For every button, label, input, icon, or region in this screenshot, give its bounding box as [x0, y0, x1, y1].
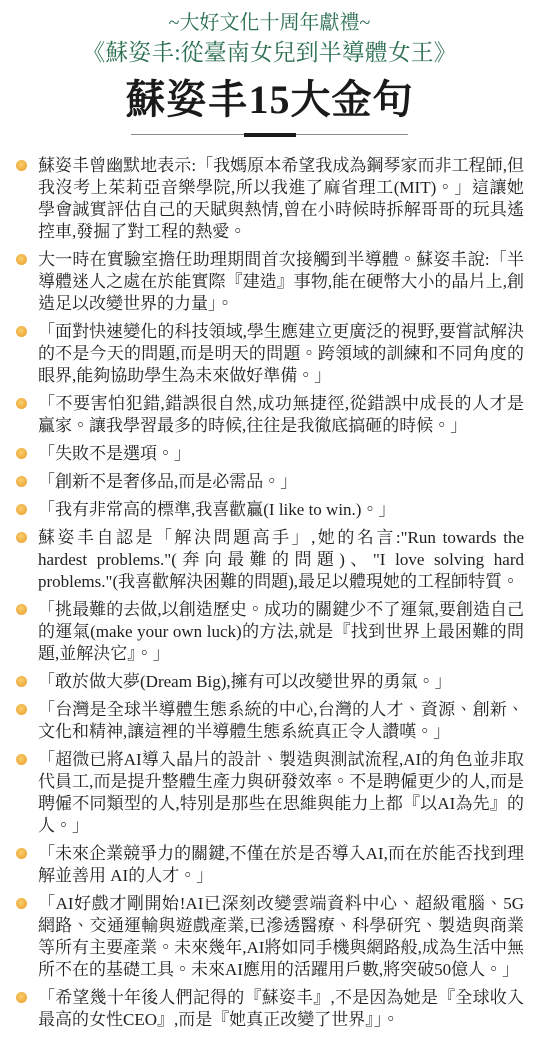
- quote-list: 蘇姿丰曾幽默地表示:「我媽原本希望我成為鋼琴家而非工程師,但我沒考上茱莉亞音樂學…: [0, 155, 539, 1057]
- bullet-icon: [16, 898, 27, 909]
- quote-text: 「超微已將AI導入晶片的設計、製造與測試流程,AI的角色並非取代員工,而是提升整…: [38, 750, 524, 835]
- page-title: 蘇姿丰15大金句: [0, 77, 539, 123]
- quote-text: 「我有非常高的標準,我喜歡贏(I like to win.)。」: [38, 500, 395, 519]
- bullet-icon: [16, 254, 27, 265]
- quote-text: 「AI好戲才剛開始!AI已深刻改變雲端資料中心、超級電腦、5G網路、交通運輸與遊…: [38, 894, 524, 979]
- bullet-icon: [16, 704, 27, 715]
- quote-text: 蘇姿丰曾幽默地表示:「我媽原本希望我成為鋼琴家而非工程師,但我沒考上茱莉亞音樂學…: [38, 156, 524, 241]
- bullet-icon: [16, 848, 27, 859]
- quote-text: 「希望幾十年後人們記得的『蘇姿丰』,不是因為她是『全球收入最高的女性CEO』,而…: [38, 988, 524, 1029]
- bullet-icon: [16, 532, 27, 543]
- quote-item: 「挑最難的去做,以創造歷史。成功的關鍵少不了運氣,要創造自己的運氣(make y…: [16, 599, 524, 665]
- quote-text: 「不要害怕犯錯,錯誤很自然,成功無捷徑,從錯誤中成長的人才是贏家。讓我學習最多的…: [38, 394, 524, 435]
- title-divider: [131, 132, 408, 137]
- quote-item: 「創新不是奢侈品,而是必需品。」: [16, 471, 524, 493]
- quote-text: 「失敗不是選項。」: [38, 444, 191, 463]
- quote-item: 蘇姿丰曾幽默地表示:「我媽原本希望我成為鋼琴家而非工程師,但我沒考上茱莉亞音樂學…: [16, 155, 524, 243]
- bullet-icon: [16, 326, 27, 337]
- bullet-icon: [16, 448, 27, 459]
- quote-item: 「我有非常高的標準,我喜歡贏(I like to win.)。」: [16, 499, 524, 521]
- bullet-icon: [16, 992, 27, 1003]
- quote-text: 「創新不是奢侈品,而是必需品。」: [38, 472, 297, 491]
- quote-item: 大一時在實驗室擔任助理期間首次接觸到半導體。蘇姿丰說:「半導體迷人之處在於能實際…: [16, 249, 524, 315]
- quote-item: 「希望幾十年後人們記得的『蘇姿丰』,不是因為她是『全球收入最高的女性CEO』,而…: [16, 987, 524, 1031]
- quote-item: 「台灣是全球半導體生態系統的中心,台灣的人才、資源、創新、文化和精神,讓這裡的半…: [16, 699, 524, 743]
- quote-text: 「台灣是全球半導體生態系統的中心,台灣的人才、資源、創新、文化和精神,讓這裡的半…: [38, 700, 524, 741]
- bullet-icon: [16, 504, 27, 515]
- bullet-icon: [16, 604, 27, 615]
- quote-item: 「敢於做大夢(Dream Big),擁有可以改變世界的勇氣。」: [16, 671, 524, 693]
- quote-item: 「AI好戲才剛開始!AI已深刻改變雲端資料中心、超級電腦、5G網路、交通運輸與遊…: [16, 893, 524, 981]
- page: ~大好文化十周年獻禮~ 《蘇姿丰:從臺南女兒到半導體女王》 蘇姿丰15大金句 蘇…: [0, 0, 539, 1057]
- divider-thick-rule: [244, 133, 296, 137]
- quote-text: 「未來企業競爭力的關鍵,不僅在於是否導入AI,而在於能否找到理解並善用 AI的人…: [38, 844, 524, 885]
- header: ~大好文化十周年獻禮~ 《蘇姿丰:從臺南女兒到半導體女王》 蘇姿丰15大金句: [0, 10, 539, 137]
- quote-item: 「不要害怕犯錯,錯誤很自然,成功無捷徑,從錯誤中成長的人才是贏家。讓我學習最多的…: [16, 393, 524, 437]
- header-subtitle-book-title: 《蘇姿丰:從臺南女兒到半導體女王》: [0, 39, 539, 67]
- quote-text: 大一時在實驗室擔任助理期間首次接觸到半導體。蘇姿丰說:「半導體迷人之處在於能實際…: [38, 250, 524, 313]
- bullet-icon: [16, 160, 27, 171]
- header-subtitle-anniversary: ~大好文化十周年獻禮~: [0, 10, 539, 36]
- quote-item: 「未來企業競爭力的關鍵,不僅在於是否導入AI,而在於能否找到理解並善用 AI的人…: [16, 843, 524, 887]
- quote-item: 蘇姿丰自認是「解決問題高手」,她的名言:"Run towards the har…: [16, 527, 524, 593]
- bullet-icon: [16, 398, 27, 409]
- quote-text: 「挑最難的去做,以創造歷史。成功的關鍵少不了運氣,要創造自己的運氣(make y…: [38, 600, 524, 663]
- quote-text: 蘇姿丰自認是「解決問題高手」,她的名言:"Run towards the har…: [38, 528, 524, 591]
- bullet-icon: [16, 476, 27, 487]
- bullet-icon: [16, 754, 27, 765]
- bullet-icon: [16, 676, 27, 687]
- quote-item: 「失敗不是選項。」: [16, 443, 524, 465]
- quote-item: 「面對快速變化的科技領域,學生應建立更廣泛的視野,要嘗試解決的不是今天的問題,而…: [16, 321, 524, 387]
- quote-text: 「面對快速變化的科技領域,學生應建立更廣泛的視野,要嘗試解決的不是今天的問題,而…: [38, 322, 524, 385]
- quote-text: 「敢於做大夢(Dream Big),擁有可以改變世界的勇氣。」: [38, 672, 452, 691]
- quote-item: 「超微已將AI導入晶片的設計、製造與測試流程,AI的角色並非取代員工,而是提升整…: [16, 749, 524, 837]
